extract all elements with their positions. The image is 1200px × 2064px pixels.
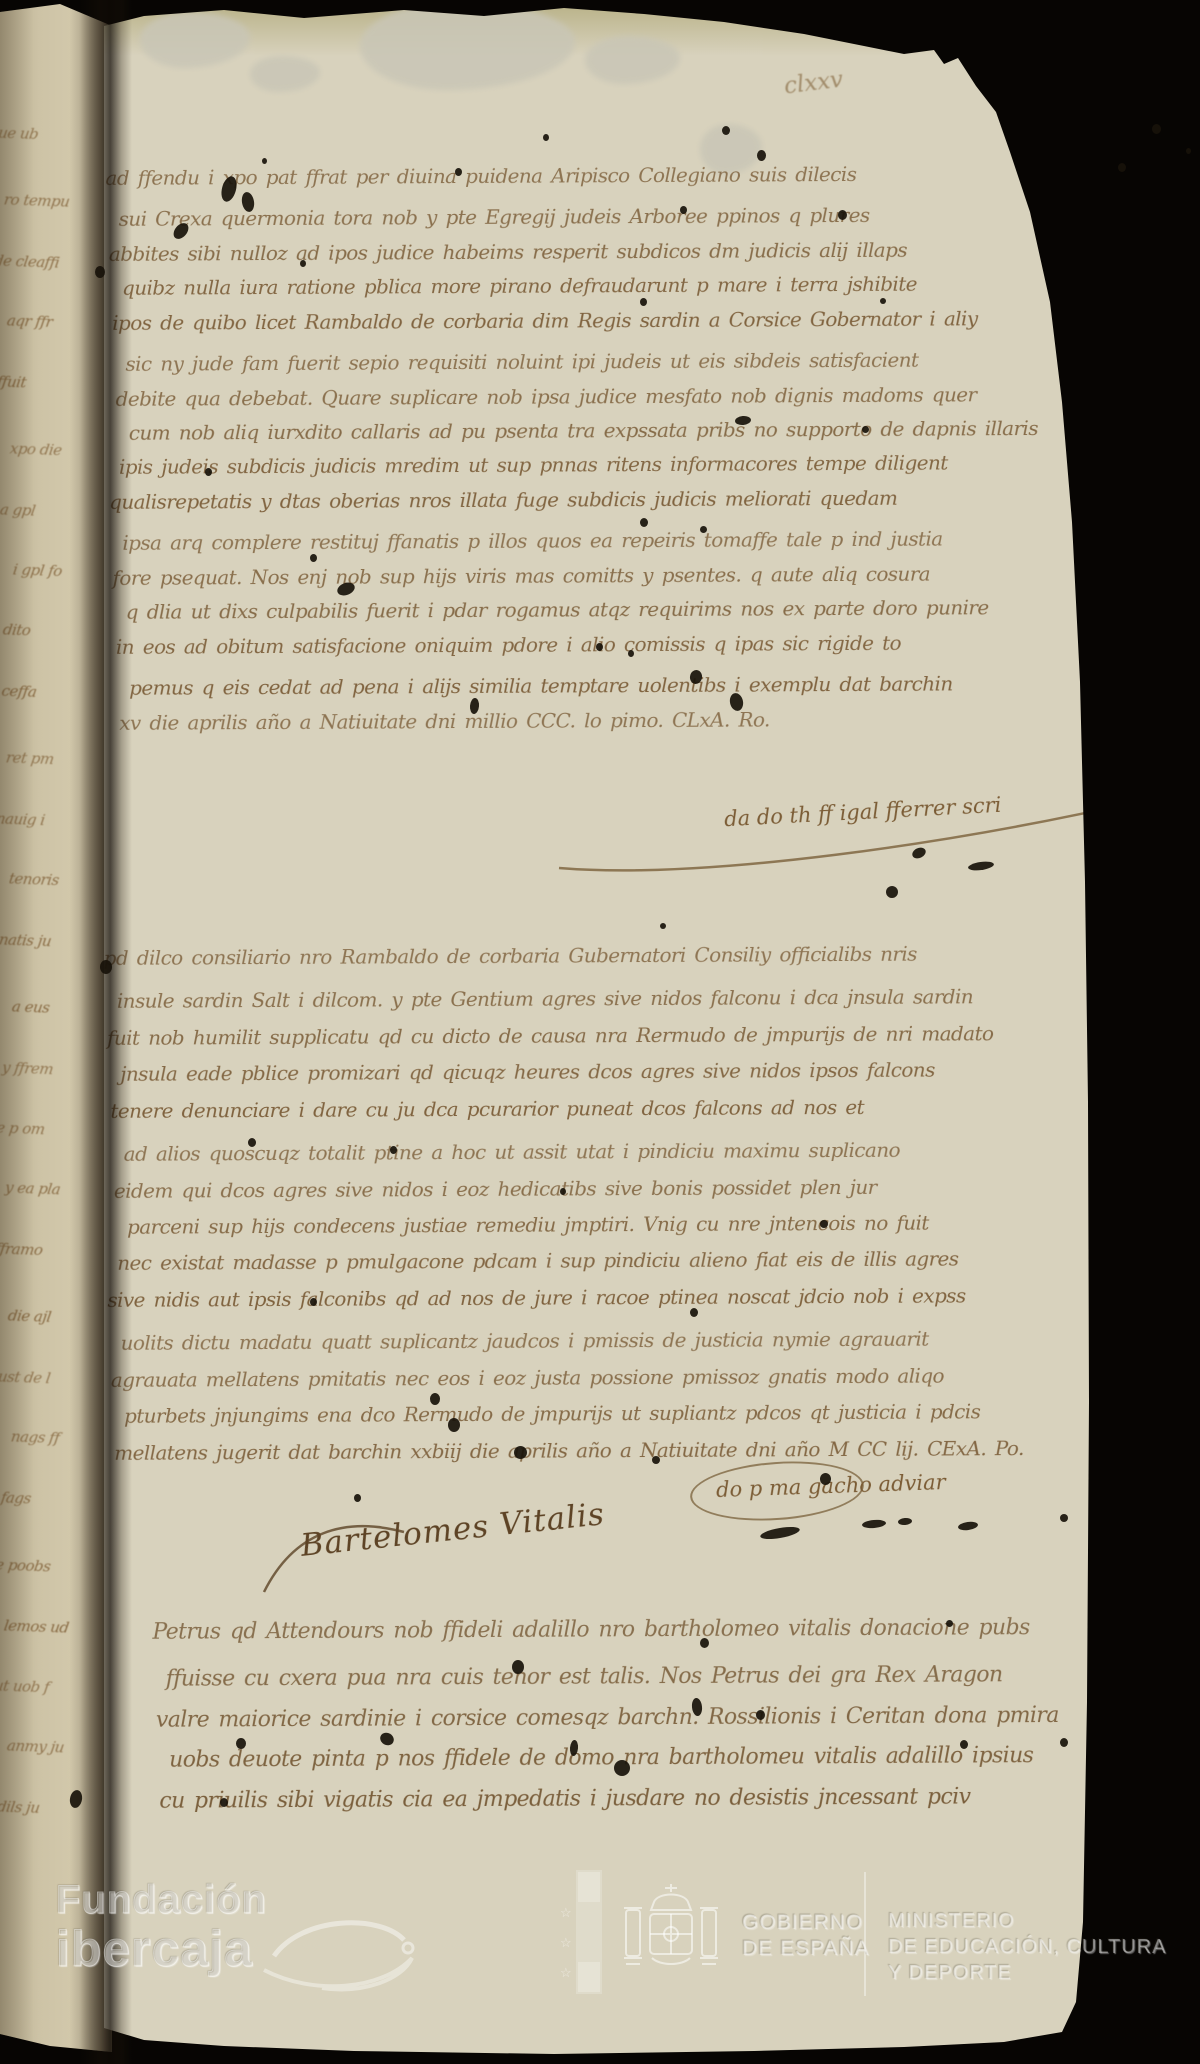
manuscript-line: jnsula eade pblice promizari qd qicuqz h… (120, 1058, 935, 1086)
left-edge-text-fragment: aqr ffr (6, 312, 94, 333)
manuscript-line: agrauata mellatens pmitatis nec eos i eo… (111, 1363, 944, 1391)
manuscript-line: parceni sup hijs condecens justiae remed… (127, 1211, 929, 1239)
left-edge-text-fragment: nags ff (10, 1428, 98, 1449)
left-edge-text-fragment: xpo die (9, 440, 97, 461)
left-edge-text-fragment: a gpl (0, 500, 87, 521)
folio-number: clxxv (783, 66, 845, 99)
manuscript-line: ipis judeis subdicis judicis mredim ut s… (119, 451, 948, 479)
manuscript-line: uolits dictu madatu quatt suplicantz jau… (121, 1327, 929, 1355)
manuscript-line: fuit nob humilit supplicatu qd cu dicto … (107, 1021, 993, 1050)
left-edge-text-fragment: natis ju (0, 930, 86, 951)
left-edge-text-fragment: ust de l (0, 1367, 85, 1388)
damage-patch (360, 2, 575, 90)
left-edge-text-fragment: dils ju (0, 1797, 84, 1818)
manuscript-line: nec existat madasse p pmulgacone pdcam i… (117, 1247, 958, 1275)
damage-patch (585, 36, 680, 84)
left-edge-text-fragment: le poobs (0, 1556, 78, 1577)
manuscript-line: uobs deuote pinta p nos ffidele de domo … (169, 1743, 1033, 1773)
left-edge-text-fragment: a eus (11, 998, 99, 1019)
text-block-donation-letter: Petrus qd Attendours nob ffideli adalill… (163, 1617, 1184, 1852)
ink-blot (1152, 124, 1161, 134)
left-edge-text-fragment: anmy ju (6, 1737, 94, 1758)
left-edge-text-fragment: die ajl (7, 1307, 95, 1328)
manuscript-line: ad alios quoscuqz totalit ptine a hoc ut… (124, 1138, 900, 1166)
left-edge-text-fragment: fags (0, 1488, 88, 1509)
manuscript-line: ipsa arq complere restituj ffanatis p il… (122, 527, 942, 555)
manuscript-line: insule sardin Salt i dilcom. y pte Genti… (117, 985, 973, 1013)
manuscript-line: sic ny jude fam fuerit sepio requisiti n… (125, 348, 918, 376)
left-edge-text-fragment: tenoris (8, 870, 96, 891)
left-edge-text-fragment: de cleaffi (0, 251, 81, 272)
left-edge-text-fragment: i ceffa (0, 681, 80, 702)
damage-patch (250, 56, 320, 92)
manuscript-line: cu priuilis sibi vigatis cia ea jmpedati… (159, 1784, 970, 1813)
burnt-corner (1090, 1966, 1200, 2056)
manuscript-line: eidem qui dcos agres sive nidos i eoz he… (114, 1174, 877, 1202)
manuscript-line: xv die aprilis año a Natiuitate dni mill… (119, 707, 770, 734)
left-edge-text-fragment: sue ub (0, 123, 78, 144)
left-edge-text-fragment: ffuit (0, 372, 84, 393)
left-edge-text-fragment: ret pm (5, 749, 93, 770)
previous-folio-edge: sue ubro tempude cleaffiaqr ffrffuitxpo … (0, 0, 112, 2064)
ink-blot (1186, 148, 1191, 154)
left-edge-text-fragment: y ffrem (1, 1058, 89, 1079)
manuscript-line: quibz nulla iura ratione pblica more pir… (122, 272, 917, 300)
manuscript-page: clxxv ad ffendu i xpo pat ffrat per diui… (104, 0, 1200, 2064)
manuscript-line: ffuisse cu cxera pua nra cuis tenor est … (166, 1663, 1003, 1692)
text-block-royal-letter-2: pd dilco consiliario nro Rambaldo de cor… (115, 943, 1178, 1489)
left-edge-text-fragment: fframo (0, 1239, 82, 1260)
left-edge-text-fragment: nauig i (0, 809, 83, 830)
notary-signature: Bartelomes Vitalis (299, 1496, 606, 1564)
ink-blot (1118, 163, 1126, 172)
manuscript-line: q dlia ut dixs culpabilis fuerit i pdar … (126, 595, 989, 624)
text-block-royal-letter-1: ad ffendu i xpo pat ffrat per diuina pui… (116, 163, 1179, 779)
manuscript-line: pd dilco consiliario nro Rambaldo de cor… (104, 941, 917, 969)
registration-note-1: da do th ff igal fferrer scri (724, 793, 1002, 831)
damage-patch (140, 12, 250, 68)
left-edge-text-fragment: i gpl fo (12, 561, 100, 582)
manuscript-line: in eos ad obitum satisfacione oniquim pd… (116, 630, 901, 658)
flourish-stroke (554, 782, 1164, 882)
archival-scan: { "folio_number": "clxxv", "manuscript":… (0, 0, 1200, 2064)
manuscript-line: cum nob aliq iurxdito callaris ad pu pse… (129, 416, 1038, 445)
manuscript-line: valre maiorice sardinie i corsice comesq… (156, 1703, 1059, 1733)
manuscript-line: abbites sibi nulloz ad ipos judice habei… (109, 237, 907, 265)
left-edge-text-fragment: le p om (0, 1119, 79, 1140)
left-edge-text-fragment: y ea pla (4, 1179, 92, 1200)
manuscript-line: ad ffendu i xpo pat ffrat per diuina pui… (105, 162, 856, 190)
left-edge-text-fragment: lemos ud (3, 1616, 91, 1637)
manuscript-line: Petrus qd Attendours nob ffideli adalill… (152, 1615, 1029, 1645)
left-edge-text-fragment: ro tempu (3, 191, 91, 212)
manuscript-line: mellatens jugerit dat barchin xxbiij die… (114, 1436, 1024, 1465)
manuscript-line: debite qua debebat. Quare suplicare nob … (116, 382, 977, 411)
manuscript-line: pemus q eis cedat ad pena i alijs simili… (129, 672, 953, 700)
manuscript-line: sive nidis aut ipsis falconibs qd ad nos… (107, 1283, 965, 1311)
manuscript-line: tenere denunciare i dare cu ju dca pcura… (110, 1094, 864, 1122)
manuscript-line: qualisrepetatis y dtas oberias nros illa… (109, 485, 897, 513)
manuscript-line: ipos de quibo licet Rambaldo de corbaria… (112, 306, 977, 335)
left-edge-text-fragment: dito (2, 621, 90, 642)
manuscript-line: fore psequat. Nos enj nob sup hijs viris… (112, 561, 930, 589)
manuscript-line: pturbets jnjungims ena dco Rermudo de jm… (124, 1399, 980, 1427)
manuscript-line: sui Crexa quermonia tora nob y pte Egreg… (119, 203, 870, 231)
left-edge-text-fragment: ut uob f (0, 1677, 81, 1698)
